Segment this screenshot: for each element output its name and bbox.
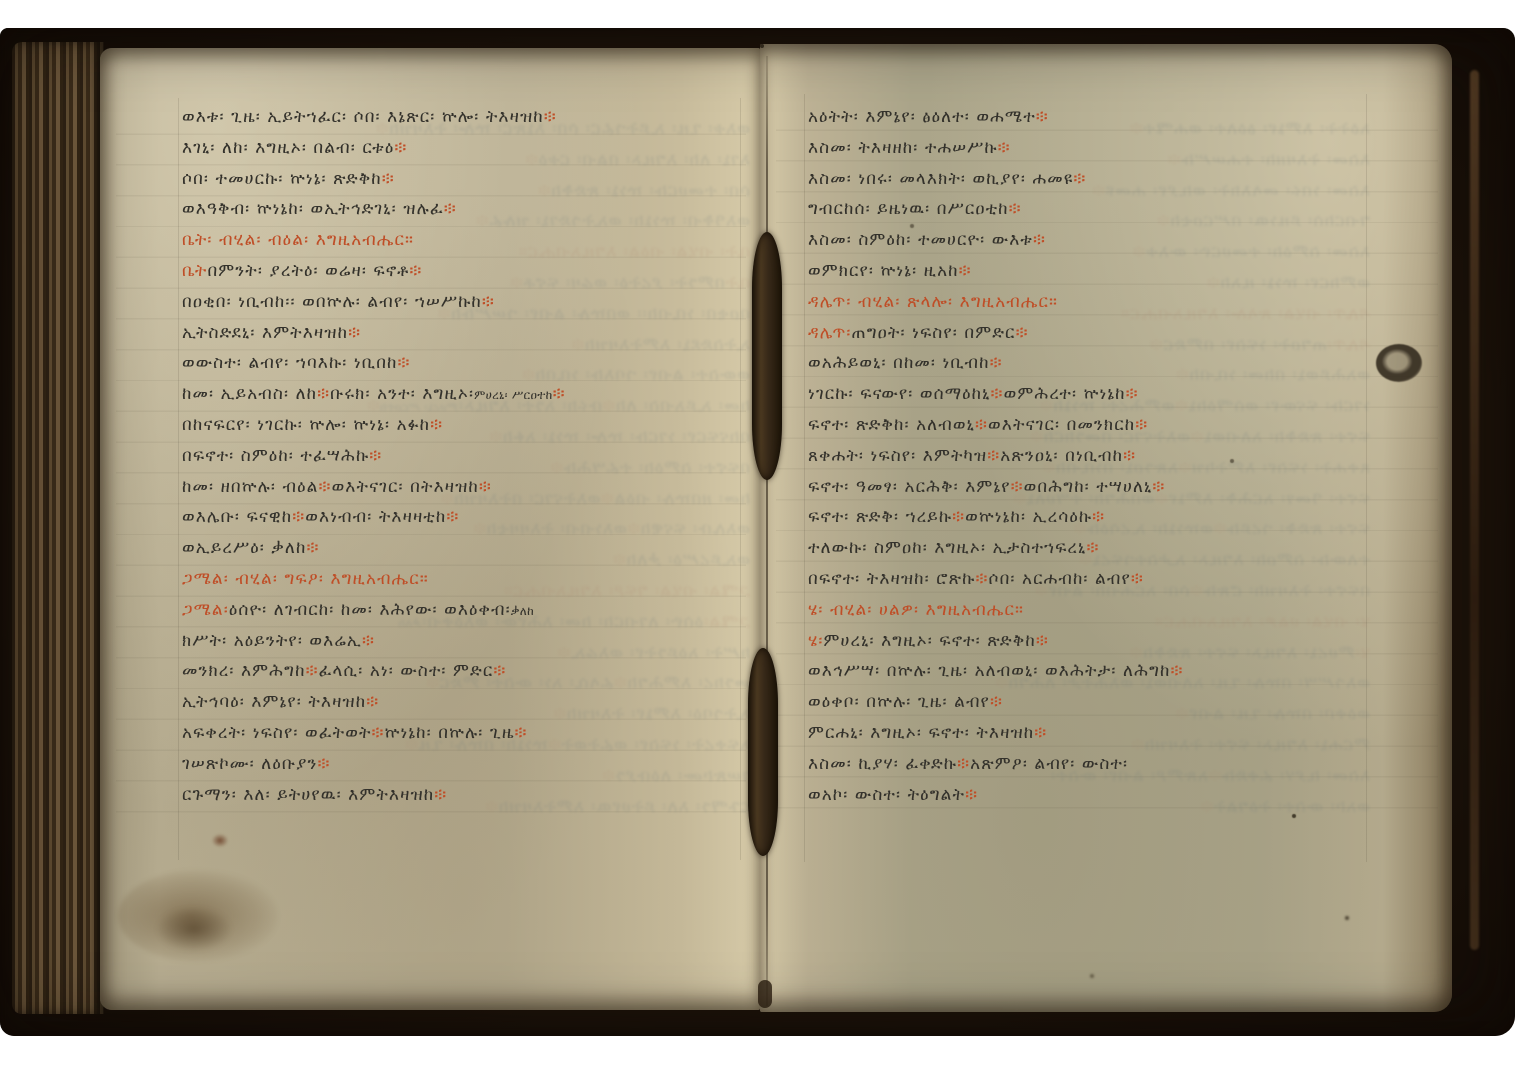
- text-line: ወእዓቅብ፡ ኵነኔከ፡ ወኢትኅድገኒ፡ ዝሉፈ፨: [182, 194, 738, 225]
- text-line: በፍኖተ፡ ስምዕከ፡ ተፈሣሕኩ፨: [182, 441, 738, 472]
- dirt-specks: [760, 44, 764, 48]
- column-guide-right: [740, 98, 741, 860]
- cover-edge-highlight: [1470, 70, 1479, 950]
- text-line: ግብርከሰ፡ ይዜነዉ፡ በሥርዐቲከ፨: [808, 194, 1364, 225]
- text-line: ርጉማን፡ እለ፡ ይትሀየዉ፡ እምትእዛዝከ፨: [182, 780, 738, 811]
- text-line: ወዕቀቦ፡ በኵሉ፡ ጊዜ፡ ልብየ፨: [808, 687, 1364, 718]
- page-edges-left: [12, 42, 104, 1014]
- left-page: ወእቱ፡ ጊዜ፡ ኢይትኀፈር፡ ሶበ፡ እኔጽር፡ ኵሎ፡ ትእዛዝከ፨እገኒ…: [100, 48, 760, 1010]
- binding-thong-top: [752, 232, 782, 480]
- text-line: ኢትስድደኒ፡ እምትእዛዝከ፨: [182, 318, 738, 349]
- text-line: ወእቱ፡ ጊዜ፡ ኢይትኀፈር፡ ሶበ፡ እኔጽር፡ ኵሎ፡ ትእዛዝከ፨: [182, 102, 738, 133]
- binding-stitch: [766, 56, 768, 1006]
- text-line: ምርሐኒ፡ እግዚኦ፡ ፍኖተ፡ ትእዛዝከ፨: [808, 718, 1364, 749]
- text-line: እስመ፡ ስምዕከ፡ ተመሀርዮ፡ ውእቱ፨: [808, 225, 1364, 256]
- stain: [155, 906, 233, 952]
- text-line: ተለውኩ፡ ስምዐከ፡ እግዚኦ፡ ኢታስተኀፍረኒ፨: [808, 533, 1364, 564]
- text-line: ወእሌቡ፡ ፍናዊከ፨ወእነብብ፡ ትእዛዛቲከ፨: [182, 502, 738, 533]
- text-line: እስመ፡ ትእዛዘከ፡ ተሐሠሥኩ፨: [808, 133, 1364, 164]
- text-line: ቤት፡ ብሂል፡ ብዕል፡ እግዚአብሔር።: [182, 225, 738, 256]
- text-line: ሄ፡ ብሂል፡ ሀልዎ፡ እግዚአብሔር።: [808, 595, 1364, 626]
- binding-thong-bottom: [748, 648, 778, 856]
- text-line: በዐቂበ፡ ነቢብከ፡፡ ወበኵሉ፡ ልብየ፡ ኀሠሥኩከ፨: [182, 287, 738, 318]
- text-line: በከናፍርየ፡ ነገርኩ፡ ኵሎ፡ ኵነኔ፡ አፉከ፨: [182, 410, 738, 441]
- text-line: ኢትኅባዕ፡ እምኔየ፡ ትእዛዝከ፨: [182, 687, 738, 718]
- text-line: እስመ፡ ኪያሃ፡ ፈቀድኩ፨አጽምዖ፡ ልብየ፡ ውስተ፡: [808, 749, 1364, 780]
- text-line: ከመ፡ ኢይአብስ፡ ለከ፨ቡሩክ፡ አንተ፡ እግዚኦ፡ምሀረኒ፡ ሥርዐተከ…: [182, 379, 738, 410]
- text-line: ገሠጽኮሙ፡ ለዕቡያን፨: [182, 749, 738, 780]
- column-guide-left: [178, 98, 179, 860]
- ink-spot: [1376, 344, 1422, 382]
- text-line: ወምክርየ፡ ኵነኔ፡ ዚአከ፨: [808, 256, 1364, 287]
- text-line: ሄ፡ምሀረኒ፡ እግዚኦ፡ ፍኖተ፡ ጽድቅከ፨: [808, 626, 1364, 657]
- text-line: እገኒ፡ ለከ፡ እግዚኦ፡ በልብ፡ ርቱዕ፨: [182, 133, 738, 164]
- text-line: ክሥት፡ አዕይንትየ፡ ወእሬኢ፨: [182, 626, 738, 657]
- manuscript-photo: ወእቱ፡ ጊዜ፡ ኢይትኀፈር፡ ሶበ፡ እኔጽር፡ ኵሎ፡ ትእዛዝከ፨እገኒ…: [0, 0, 1515, 1071]
- left-page-text: ወእቱ፡ ጊዜ፡ ኢይትኀፈር፡ ሶበ፡ እኔጽር፡ ኵሎ፡ ትእዛዝከ፨እገኒ…: [182, 102, 738, 810]
- text-line: አፍቀረት፡ ነፍስየ፡ ወፈትወት፨ኵነኔከ፡ በኵሉ፡ ጊዜ፨: [182, 718, 738, 749]
- text-line: በፍኖተ፡ ትእዛዝከ፡ ሮጽኩ፨ሶበ፡ አርሐብከ፡ ልብየ፨: [808, 564, 1364, 595]
- text-line: ጋሜል፡ዕሰዮ፡ ለገብርከ፡ ከመ፡ እሕየው፡ ወእዕቀብ፡ቃለከ: [182, 595, 738, 626]
- text-line: ዳሌጥ፡ ብሂል፡ ጽላሎ፡ እግዚአብሔር።: [808, 287, 1364, 318]
- text-line: ከመ፡ ዘበኵሉ፡ ብዕል፨ወእትናገር፡ በትእዛዝከ፨: [182, 472, 738, 503]
- stain: [212, 834, 228, 847]
- text-line: ሶበ፡ ተመሀርኩ፡ ኵነኔ፡ ጽድቅከ፨: [182, 164, 738, 195]
- text-line: ወእኅሥሣ፡ በኵሉ፡ ጊዜ፡ አለብወኒ፡ ወእሕትታ፡ ለሕግከ፨: [808, 656, 1364, 687]
- text-line: ቤትበምንት፡ ያረትዕ፡ ወሬዛ፡ ፍኖቶ፨: [182, 256, 738, 287]
- text-line: አዕትት፡ እምኔየ፡ ፅዕለተ፡ ወሐሜተ፨: [808, 102, 1364, 133]
- stain: [118, 870, 278, 962]
- text-line: ወውስተ፡ ልብየ፡ ኀባእኩ፡ ነቢበከ፨: [182, 348, 738, 379]
- text-line: ፍኖተ፡ ጽድቅከ፡ አለብወኒ፨ወእትናገር፡ በመንክርከ፨: [808, 410, 1364, 441]
- binding-knot: [758, 980, 772, 1008]
- right-page: አዕትት፡ እምኔየ፡ ፅዕለተ፡ ወሐሜተ፨እስመ፡ ትእዛዘከ፡ ተሐሠሥኩ…: [760, 44, 1452, 1012]
- column-guide-right: [1366, 94, 1367, 862]
- text-line: ጸቀሐት፡ ነፍስየ፡ እምትካዝ፨አጽንዐኒ፡ በነቢብከ፨: [808, 441, 1364, 472]
- text-line: ፍኖተ፡ ዓመፃ፡ አርሕቅ፡ እምኔየ፨ወበሕግከ፡ ተሣሀለኒ፨: [808, 472, 1364, 503]
- text-line: መንክረ፡ እምሕግከ፨ፈላሲ፡ አነ፡ ውስተ፡ ምድር፨: [182, 656, 738, 687]
- text-line: ፍኖተ፡ ጽድቅ፡ ኀረይኩ፨ወኵነኔከ፡ ኢረሳዕኩ፨: [808, 502, 1364, 533]
- column-guide-left: [804, 94, 805, 862]
- text-line: ጋሜል፡ ብሂል፡ ግፍዖ፡ እግዚአብሔር።: [182, 564, 738, 595]
- text-line: እስመ፡ ነበሩ፡ መላእክት፡ ወኪያየ፡ ሐመዩ፨: [808, 164, 1364, 195]
- right-page-text: አዕትት፡ እምኔየ፡ ፅዕለተ፡ ወሐሜተ፨እስመ፡ ትእዛዘከ፡ ተሐሠሥኩ…: [808, 102, 1364, 810]
- text-line: ነገርኩ፡ ፍናውየ፡ ወሰማዕከኒ፨ወምሕረተ፡ ኵነኔከ፨: [808, 379, 1364, 410]
- text-line: ወአሕይወኒ፡ በከመ፡ ነቢብከ፨: [808, 348, 1364, 379]
- text-line: ወአኮ፡ ውስተ፡ ትዕግልት፨: [808, 780, 1364, 811]
- text-line: ወኢይረሥዕ፡ ቃለከ፨: [182, 533, 738, 564]
- text-line: ዳሌጥ፡ጠግዐት፡ ነፍስየ፡ በምድር፨: [808, 318, 1364, 349]
